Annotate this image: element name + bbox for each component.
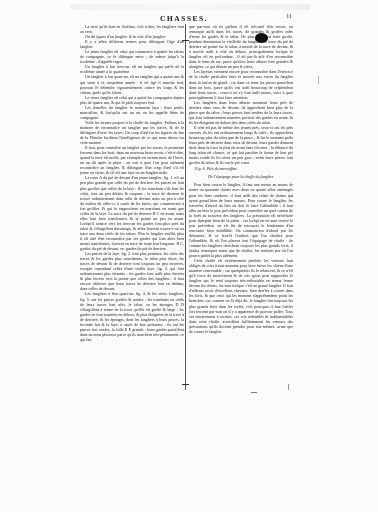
- paragraph: Le vieux fanglier eft celui qui a quitté…: [80, 95, 184, 105]
- paragraph: Le jeune fanglier eft celui qui commence…: [80, 49, 184, 64]
- column-rule-tick: [182, 40, 189, 41]
- margin-mark: [318, 75, 319, 85]
- paragraph: Voilà les termes propres à la chaffe du …: [80, 120, 184, 145]
- paragraph: La terre qu'ils font en chaffant, c'eft …: [80, 24, 184, 34]
- column-rule-tick: [182, 384, 189, 385]
- running-head-title: CHASSES.: [160, 14, 208, 23]
- paragraph: Les fangliers à leur quart-an, fig. 4. &…: [80, 291, 184, 341]
- end-dash: [251, 392, 257, 393]
- paragraph: Les pinces de la laye, fig. 2. font plus…: [80, 251, 184, 291]
- figure-caption: Fig. 6. Piés de marcaffins.: [189, 166, 293, 171]
- page-number: 11: [286, 14, 292, 20]
- section-heading: De l'équipage pour la chaffe du fanglier…: [189, 174, 293, 179]
- paragraph: Un fanglier à fon tiers-an, eft un fangl…: [80, 64, 184, 74]
- margin-mark: [288, 384, 289, 390]
- column-divider-rule: [185, 24, 186, 390]
- right-text-column: que par-tout où ils paffent il eft très-…: [189, 24, 293, 334]
- paragraph: que par-tout où ils paffent il eft très-…: [189, 24, 293, 69]
- scan-artifact: [70, 4, 310, 10]
- paragraph: Pour bien courre le fanglier, il faut un…: [189, 182, 293, 258]
- paragraph: Il faut, pour connoître un fanglier par …: [80, 145, 184, 175]
- paragraph: La trace A du pié de devant d'un jeune f…: [80, 175, 184, 251]
- paragraph: Les layeurs viennent encore pour reconno…: [189, 69, 293, 99]
- ink-blot: [255, 33, 268, 43]
- running-header: CHASSES. 11: [80, 14, 292, 23]
- paragraph: Les fangliers dans leurs allures montren…: [189, 100, 293, 125]
- paragraph: Un fanglier à fon quart-an, eft un fangl…: [80, 74, 184, 94]
- paragraph: Il y a affez différens termes pour difti…: [80, 39, 184, 49]
- left-text-column: La terre qu'ils font en chaffant, c'eft …: [80, 24, 184, 342]
- paragraph: Il n'en eft pas de même des jeunes piés,…: [189, 125, 293, 165]
- paragraph: Cette chaffe eft extrêmement pénible, le…: [189, 258, 293, 334]
- paragraph: Les femelles du fanglier fe nomment laye…: [80, 105, 184, 120]
